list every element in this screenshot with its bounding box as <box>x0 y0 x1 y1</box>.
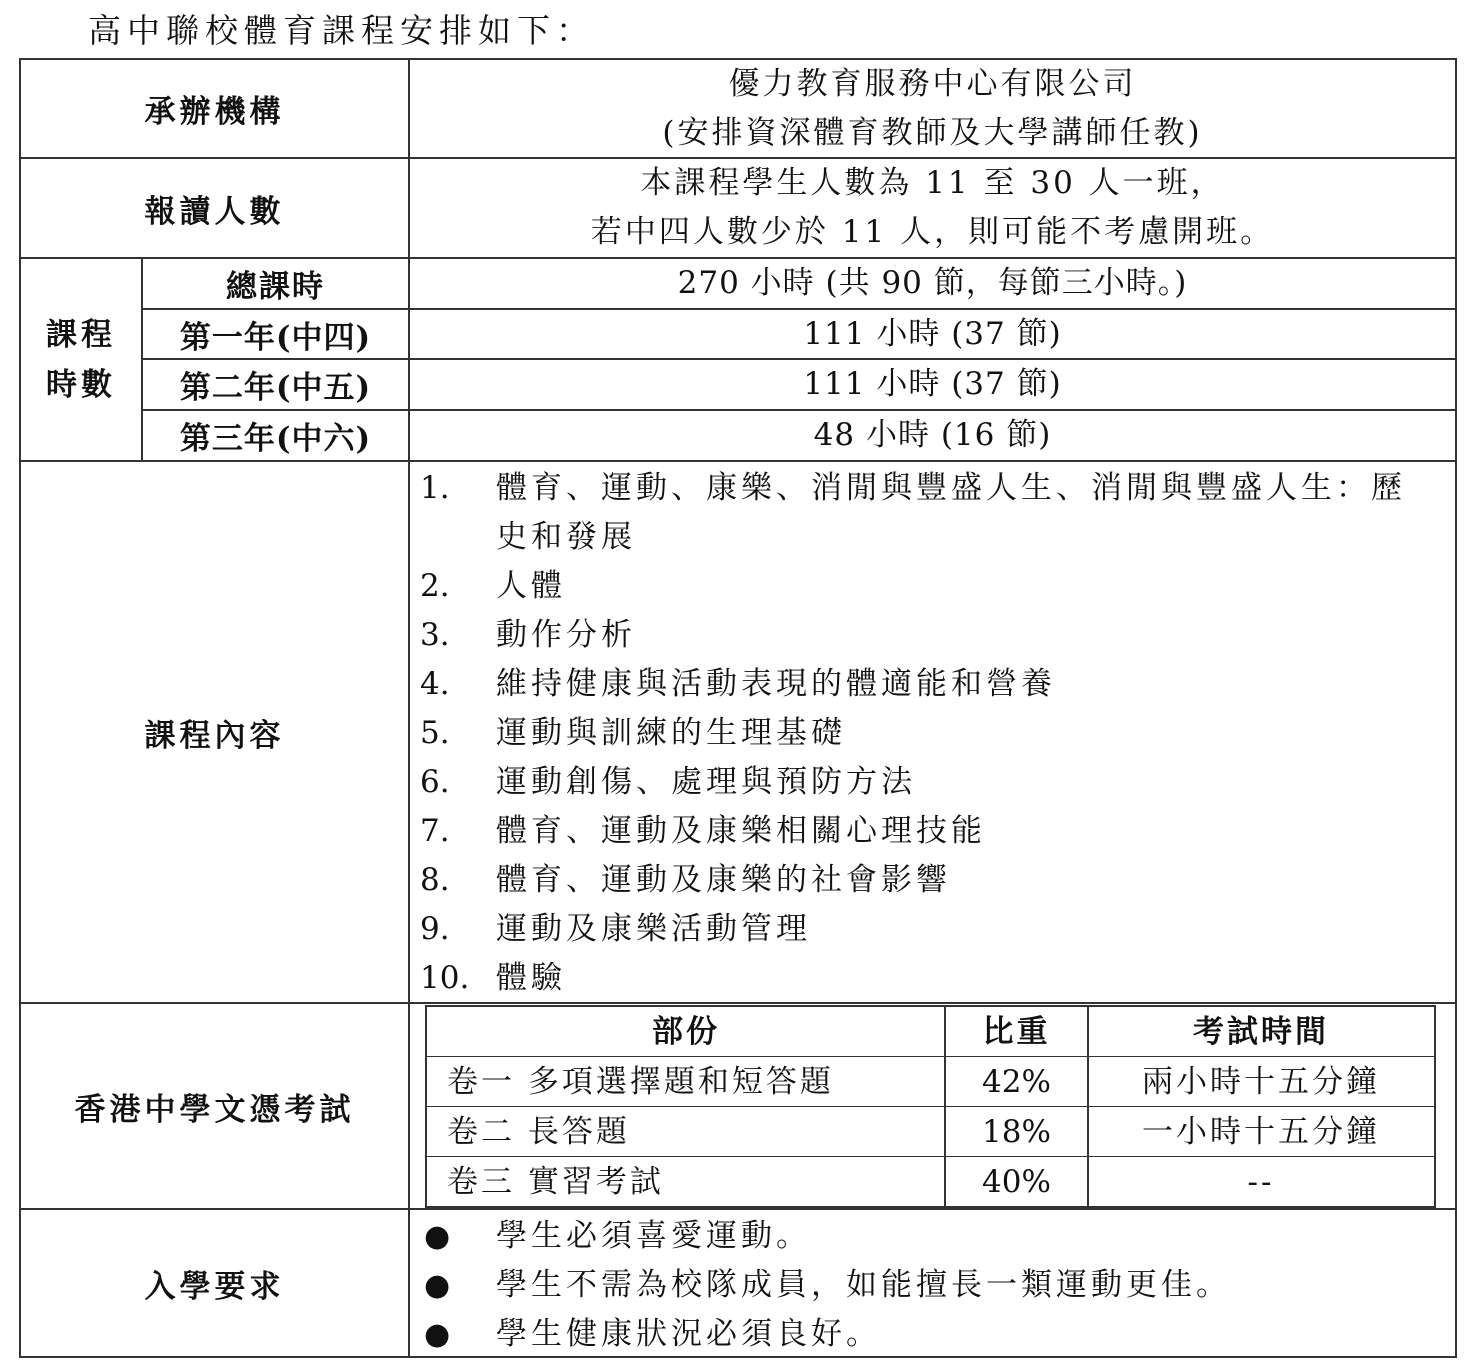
list-item-number: 3. <box>420 611 496 660</box>
table-row: 卷一 多項選擇題和短答題 42% 兩小時十五分鐘 <box>427 1057 1434 1107</box>
list-item-number: 2. <box>420 562 496 611</box>
hours-year1-value: 111 小時 (37 節) <box>410 310 1455 358</box>
list-item-text: 運動與訓練的生理基礎 <box>496 709 1450 758</box>
exam-part: 卷二 長答題 <box>427 1107 945 1157</box>
list-item: 9.運動及康樂活動管理 <box>420 905 1450 954</box>
list-item: 5.運動與訓練的生理基礎 <box>420 709 1450 758</box>
hours-year2-label: 第二年(中五) <box>143 360 408 409</box>
list-item-number: 9. <box>420 905 496 954</box>
list-item: 2.人體 <box>420 562 1450 611</box>
list-item-text: 人體 <box>496 562 1450 611</box>
list-item-text: 運動及康樂活動管理 <box>496 905 1450 954</box>
list-item: 3.動作分析 <box>420 611 1450 660</box>
list-item-text: 體驗 <box>496 954 1450 1003</box>
exam-weight: 40% <box>945 1157 1088 1207</box>
hours-total-value: 270 小時 (共 90 節，每節三小時。) <box>410 259 1455 308</box>
list-item-text: 動作分析 <box>496 611 1450 660</box>
list-item-text: 體育、運動及康樂相關心理技能 <box>496 807 1450 856</box>
exam-duration: 兩小時十五分鐘 <box>1088 1057 1434 1107</box>
bullet-icon: ● <box>420 1310 496 1359</box>
list-item-number: 10. <box>420 954 496 1003</box>
hkdse-label: 香港中學文憑考試 <box>21 1004 408 1208</box>
organizer-value: 優力教育服務中心有限公司 (安排資深體育教師及大學講師任教) <box>410 60 1455 157</box>
exam-header-row: 部份 比重 考試時間 <box>427 1007 1434 1057</box>
list-item: 7.體育、運動及康樂相關心理技能 <box>420 807 1450 856</box>
list-item: 1.體育、運動、康樂、消閒與豐盛人生、消閒與豐盛人生：歷史和發展 <box>420 464 1450 562</box>
exam-header-part: 部份 <box>427 1007 945 1057</box>
table-row: 卷二 長答題 18% 一小時十五分鐘 <box>427 1107 1434 1157</box>
enrolment-line-1: 本課程學生人數為 11 至 30 人一班， <box>640 159 1224 208</box>
hours-year2-value: 111 小時 (37 節) <box>410 360 1455 409</box>
list-item-number: 6. <box>420 758 496 807</box>
organizer-name: 優力教育服務中心有限公司 <box>729 60 1137 109</box>
exam-table: 部份 比重 考試時間 卷一 多項選擇題和短答題 42% 兩小時十五分鐘 卷二 長… <box>425 1005 1436 1208</box>
bullet-icon: ● <box>420 1212 496 1261</box>
list-item-text: 體育、運動及康樂的社會影響 <box>496 856 1450 905</box>
hours-year3-label: 第三年(中六) <box>143 411 408 460</box>
organizer-label: 承辦機構 <box>21 60 408 157</box>
list-item: ●學生不需為校隊成員，如能擅長一類運動更佳。 <box>420 1261 1450 1310</box>
exam-weight: 42% <box>945 1057 1088 1107</box>
list-item-text: 學生必須喜愛運動。 <box>496 1212 1450 1261</box>
hours-year3-value: 48 小時 (16 節) <box>410 411 1455 460</box>
enrolment-value: 本課程學生人數為 11 至 30 人一班， 若中四人數少於 11 人，則可能不考… <box>410 159 1455 257</box>
list-item: ●學生必須喜愛運動。 <box>420 1212 1450 1261</box>
course-hours-label-line-1: 課程 <box>46 310 116 360</box>
page-title: 高中聯校體育課程安排如下： <box>88 6 595 56</box>
list-item-text: 體育、運動、康樂、消閒與豐盛人生、消閒與豐盛人生：歷史和發展 <box>496 464 1450 562</box>
admission-list: ●學生必須喜愛運動。 ●學生不需為校隊成員，如能擅長一類運動更佳。 ●學生健康狀… <box>420 1212 1450 1359</box>
exam-header-weight: 比重 <box>945 1007 1088 1057</box>
list-item: 6.運動創傷、處理與預防方法 <box>420 758 1450 807</box>
list-item-number: 8. <box>420 856 496 905</box>
exam-duration: 一小時十五分鐘 <box>1088 1107 1434 1157</box>
list-item-text: 運動創傷、處理與預防方法 <box>496 758 1450 807</box>
list-item-number: 1. <box>420 464 496 562</box>
exam-duration: -- <box>1088 1157 1434 1207</box>
list-item-text: 學生不需為校隊成員，如能擅長一類運動更佳。 <box>496 1261 1450 1310</box>
list-item-text: 學生健康狀況必須良好。 <box>496 1310 1450 1359</box>
list-item-number: 4. <box>420 660 496 709</box>
table-border-right <box>1455 58 1457 1358</box>
list-item-text: 維持健康與活動表現的體適能和營養 <box>496 660 1450 709</box>
hours-year1-label: 第一年(中四) <box>143 310 408 358</box>
list-item: 4.維持健康與活動表現的體適能和營養 <box>420 660 1450 709</box>
list-item: 8.體育、運動及康樂的社會影響 <box>420 856 1450 905</box>
table-row: 卷三 實習考試 40% -- <box>427 1157 1434 1207</box>
course-hours-label: 課程 時數 <box>21 259 141 460</box>
list-item: ●學生健康狀況必須良好。 <box>420 1310 1450 1359</box>
course-content-label: 課程內容 <box>21 462 408 1002</box>
admission-label: 入學要求 <box>21 1210 408 1356</box>
exam-weight: 18% <box>945 1107 1088 1157</box>
exam-part: 卷一 多項選擇題和短答題 <box>427 1057 945 1107</box>
list-item: 10.體驗 <box>420 954 1450 1003</box>
enrolment-line-2: 若中四人數少於 11 人，則可能不考慮開班。 <box>591 208 1274 257</box>
exam-header-duration: 考試時間 <box>1088 1007 1434 1057</box>
course-content-list: 1.體育、運動、康樂、消閒與豐盛人生、消閒與豐盛人生：歷史和發展 2.人體 3.… <box>420 464 1450 1003</box>
list-item-number: 7. <box>420 807 496 856</box>
exam-part: 卷三 實習考試 <box>427 1157 945 1207</box>
list-item-number: 5. <box>420 709 496 758</box>
bullet-icon: ● <box>420 1261 496 1310</box>
hours-total-label: 總課時 <box>143 259 408 308</box>
organizer-note: (安排資深體育教師及大學講師任教) <box>662 109 1202 158</box>
course-hours-label-line-2: 時數 <box>46 360 116 410</box>
enrolment-label: 報讀人數 <box>21 159 408 257</box>
